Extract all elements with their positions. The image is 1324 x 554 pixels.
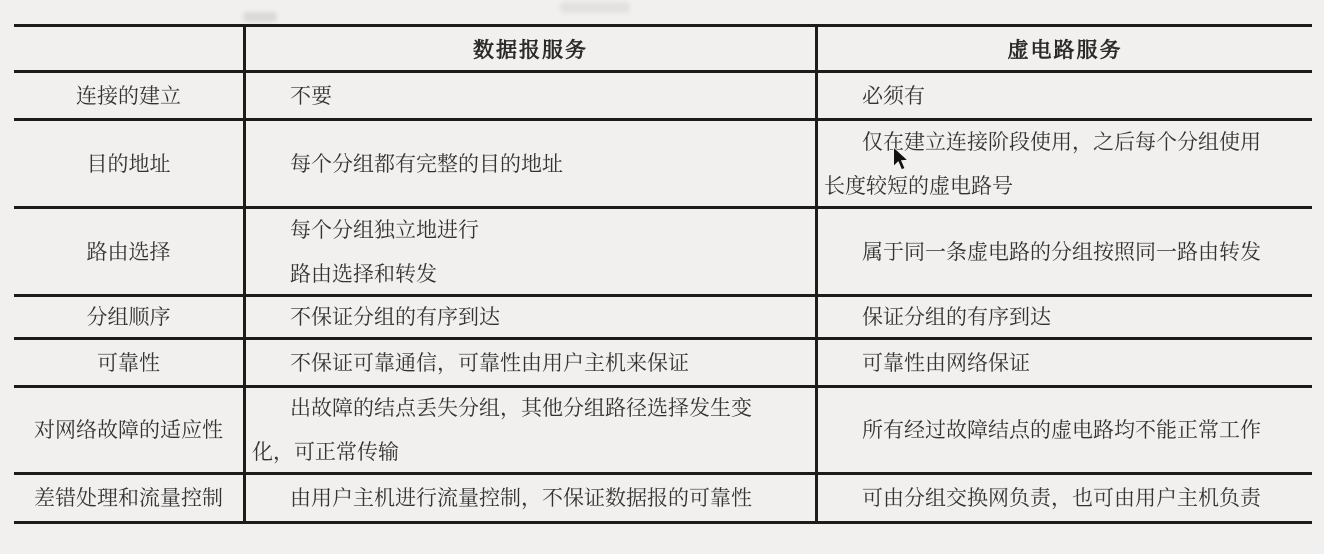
table-row: 可靠性不保证可靠通信，可靠性由用户主机来保证可靠性由网络保证 (14, 340, 1312, 388)
cell-text-line: 保证分组的有序到达 (818, 295, 1312, 339)
col-header-blank (14, 27, 243, 70)
col-header-datagram: 数据报服务 (243, 27, 815, 70)
mouse-cursor-icon (889, 146, 911, 172)
cell-text-line: 必须有 (818, 74, 1312, 118)
cell-datagram: 不保证分组的有序到达 (243, 297, 815, 337)
cell-datagram: 出故障的结点丢失分组，其他分组路径选择发生变化，可正常传输 (243, 388, 815, 472)
cell-text-line: 化，可正常传输 (246, 430, 815, 474)
cell-virtual-circuit: 可由分组交换网负责，也可由用户主机负责 (815, 475, 1312, 521)
table-row: 目的地址每个分组都有完整的目的地址仅在建立连接阶段使用，之后每个分组使用长度较短… (14, 121, 1312, 209)
cell-datagram: 不要 (243, 73, 815, 118)
video-artifact (243, 12, 277, 22)
row-label: 连接的建立 (14, 73, 243, 118)
table-row: 对网络故障的适应性出故障的结点丢失分组，其他分组路径选择发生变化，可正常传输所有… (14, 388, 1312, 475)
cell-text-line: 不要 (246, 74, 815, 118)
cell-datagram: 每个分组都有完整的目的地址 (243, 121, 815, 206)
cell-virtual-circuit: 保证分组的有序到达 (815, 297, 1312, 337)
table-row: 连接的建立不要必须有 (14, 73, 1312, 121)
table-row: 分组顺序不保证分组的有序到达保证分组的有序到达 (14, 297, 1312, 340)
row-label: 分组顺序 (14, 297, 243, 337)
cell-text-line: 不保证分组的有序到达 (246, 295, 815, 339)
cell-datagram: 每个分组独立地进行路由选择和转发 (243, 209, 815, 294)
cell-virtual-circuit: 所有经过故障结点的虚电路均不能正常工作 (815, 388, 1312, 472)
cell-datagram: 不保证可靠通信，可靠性由用户主机来保证 (243, 340, 815, 385)
comparison-table: 数据报服务 虚电路服务 连接的建立不要必须有目的地址每个分组都有完整的目的地址仅… (14, 24, 1312, 524)
cell-text-line: 可靠性由网络保证 (818, 341, 1312, 385)
row-label: 对网络故障的适应性 (14, 388, 243, 472)
table-row: 差错处理和流量控制由用户主机进行流量控制，不保证数据报的可靠性可由分组交换网负责… (14, 475, 1312, 524)
cell-text-line: 不保证可靠通信，可靠性由用户主机来保证 (246, 341, 815, 385)
cell-text-line: 属于同一条虚电路的分组按照同一路由转发 (818, 230, 1312, 274)
table-header-row: 数据报服务 虚电路服务 (14, 27, 1312, 73)
row-label: 路由选择 (14, 209, 243, 294)
cell-text-line: 可由分组交换网负责，也可由用户主机负责 (818, 476, 1312, 520)
cell-virtual-circuit: 必须有 (815, 73, 1312, 118)
col-header-virtual-circuit: 虚电路服务 (815, 27, 1312, 70)
row-label: 差错处理和流量控制 (14, 475, 243, 521)
cell-virtual-circuit: 可靠性由网络保证 (815, 340, 1312, 385)
row-label: 目的地址 (14, 121, 243, 206)
row-label: 可靠性 (14, 340, 243, 385)
cell-text-line: 由用户主机进行流量控制，不保证数据报的可靠性 (246, 476, 815, 520)
cell-virtual-circuit: 属于同一条虚电路的分组按照同一路由转发 (815, 209, 1312, 294)
cell-text-line: 路由选择和转发 (246, 252, 815, 296)
video-artifact (560, 2, 630, 13)
cell-datagram: 由用户主机进行流量控制，不保证数据报的可靠性 (243, 475, 815, 521)
cell-text-line: 所有经过故障结点的虚电路均不能正常工作 (818, 408, 1312, 452)
table-row: 路由选择每个分组独立地进行路由选择和转发属于同一条虚电路的分组按照同一路由转发 (14, 209, 1312, 297)
cell-text-line: 每个分组都有完整的目的地址 (246, 142, 815, 186)
cell-text-line: 每个分组独立地进行 (246, 208, 815, 252)
cell-text-line: 出故障的结点丢失分组，其他分组路径选择发生变 (246, 386, 815, 430)
